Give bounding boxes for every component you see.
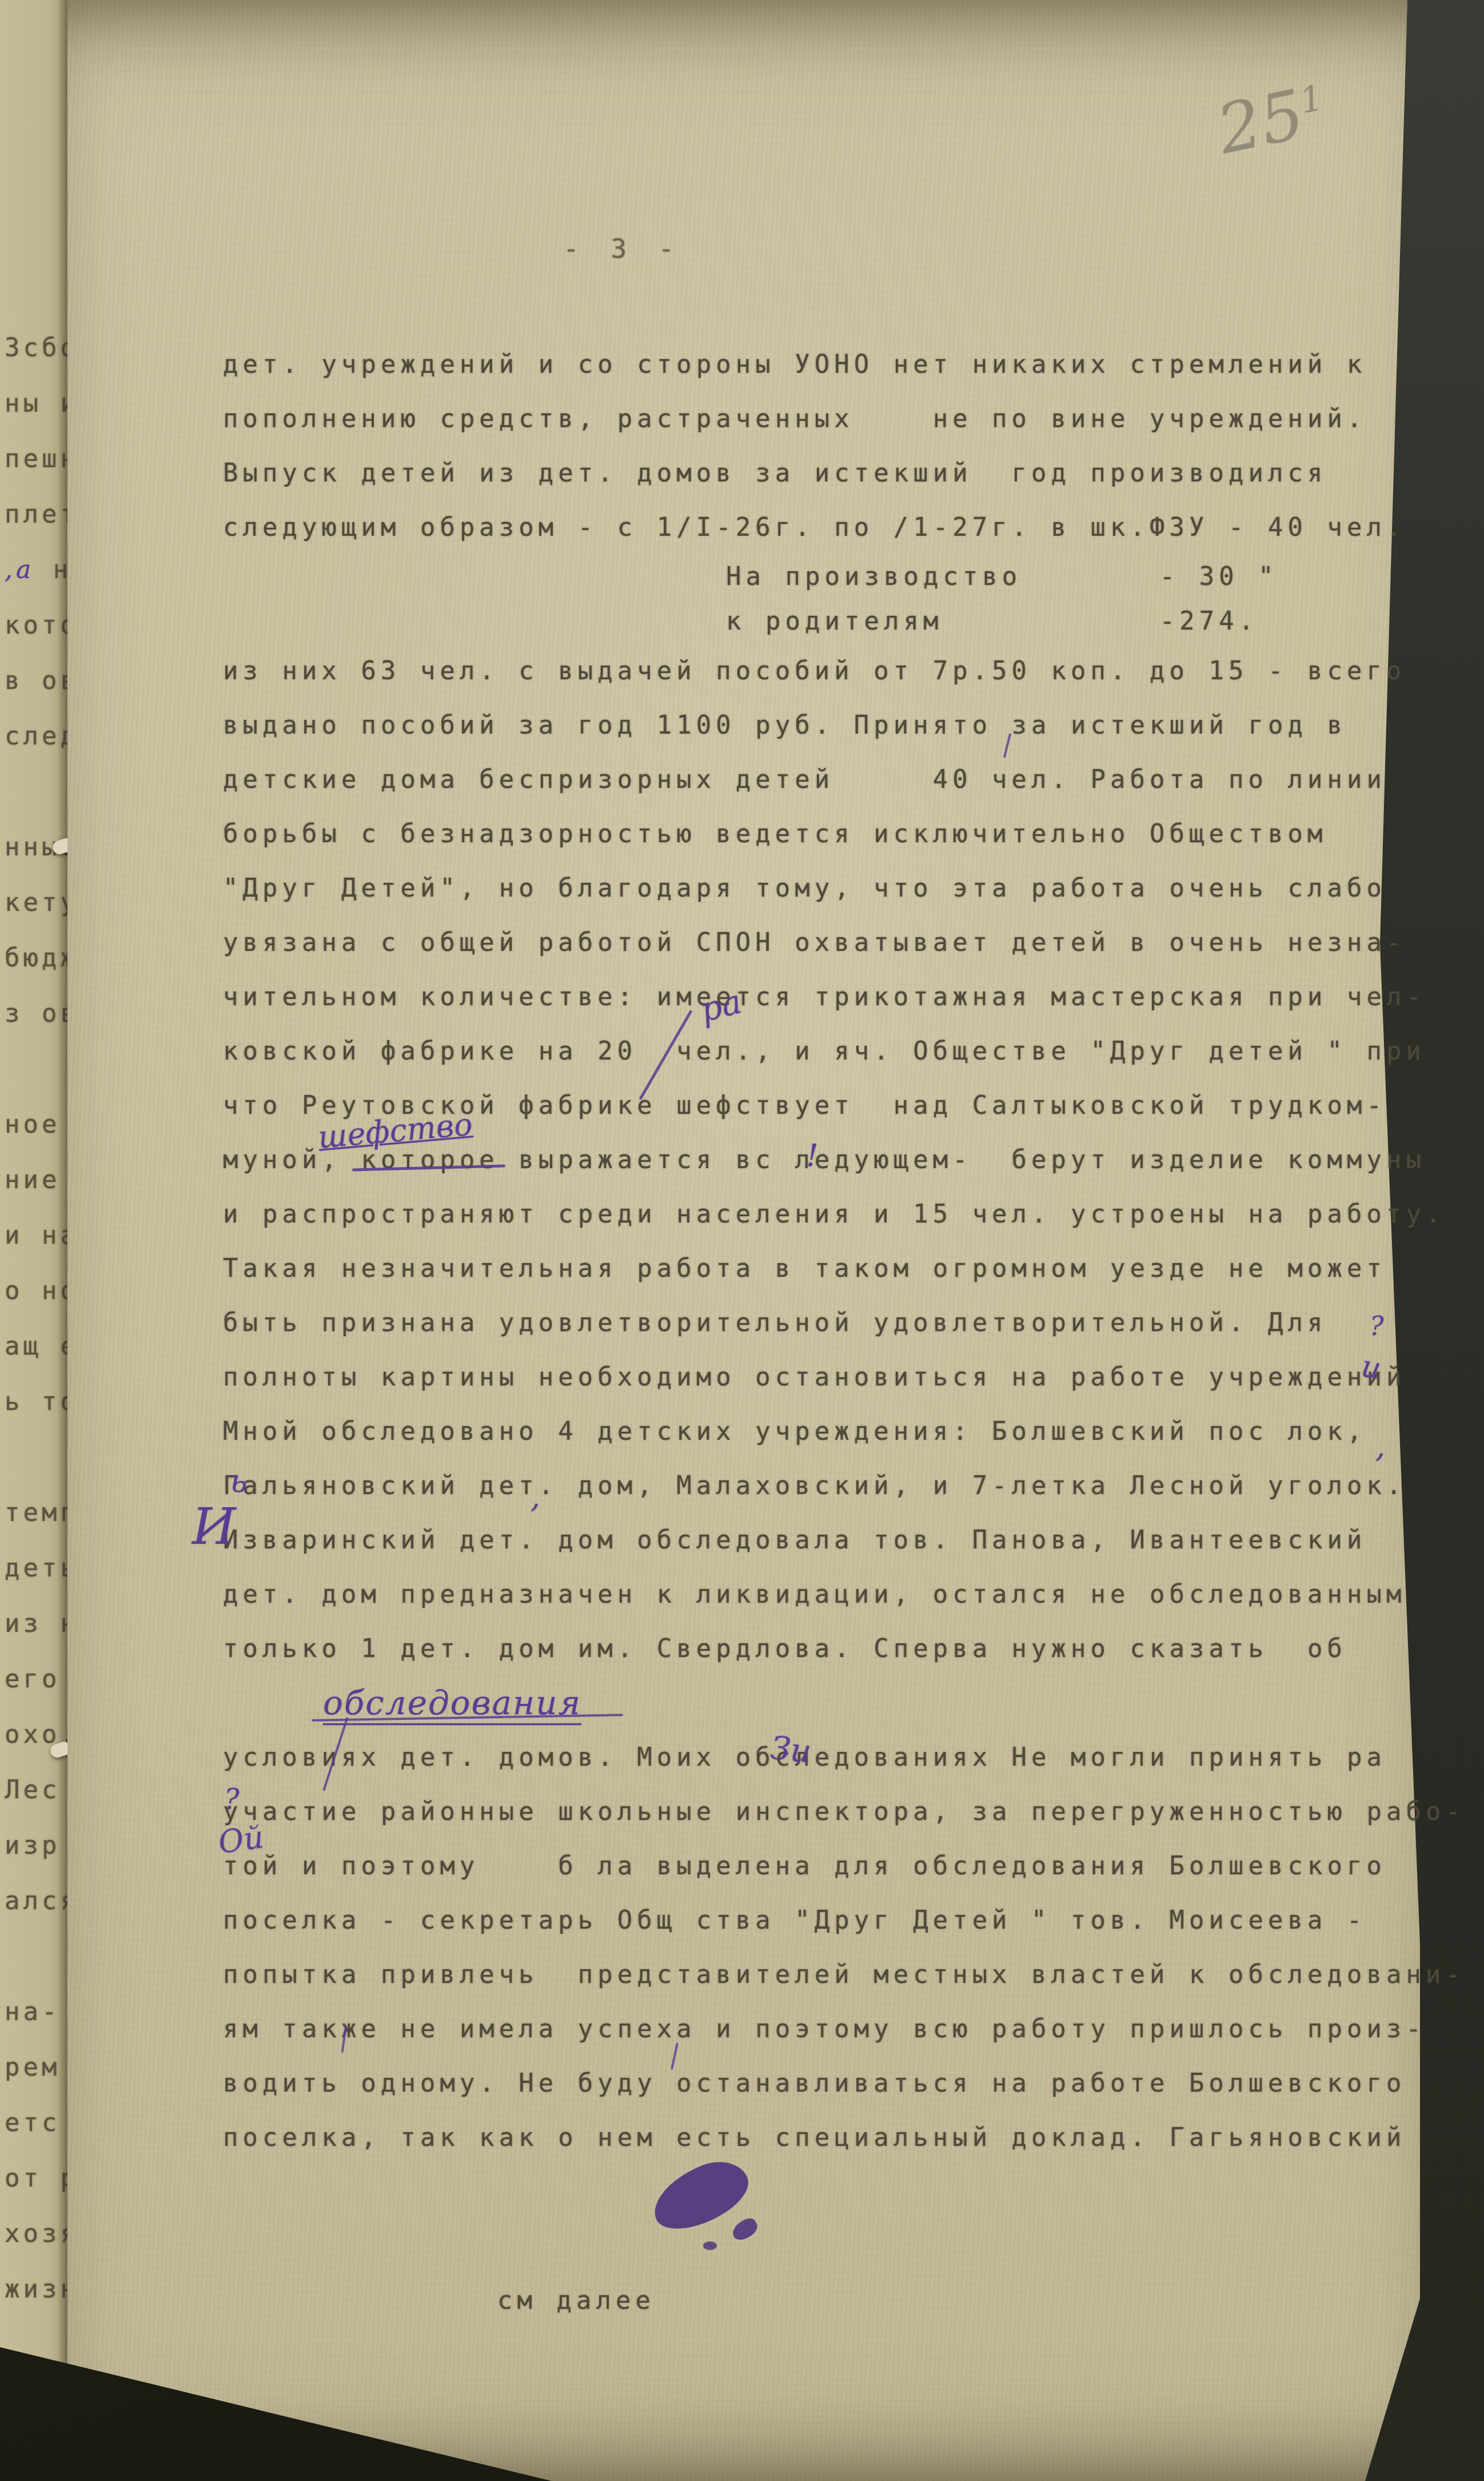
typed-line: борьбы с безнадзорностью ведется исключи… — [223, 807, 1435, 861]
typed-line: полноты картины необходимо остановиться … — [223, 1350, 1435, 1404]
typed-line: "Друг Детей", но благодаря тому, что эта… — [223, 861, 1435, 915]
typed-line: На производство - 30 " — [223, 555, 1435, 599]
footer-note: см далее — [223, 2273, 1435, 2328]
pen-annotation-q20: ? — [1370, 1311, 1384, 1341]
typed-line: поселка, так как о нем есть специальный … — [223, 2110, 1435, 2165]
typed-line: попытка привлечь представителей местных … — [223, 1948, 1435, 2002]
fragment-text: ние — [5, 1165, 60, 1194]
typed-line: ковской фабрике на 20 чел., и яч. Общест… — [223, 1024, 1435, 1078]
pen-annotation-excl: ! — [806, 1138, 819, 1174]
typed-line: условиях дет. домов. Моих обследованиях … — [223, 1730, 1435, 1785]
typed-line: следующим образом - с 1/I-26г. по /1-27г… — [223, 500, 1435, 555]
pen-annotation-q29: ? — [224, 1783, 240, 1816]
typed-line — [223, 2219, 1435, 2273]
fragment-text: изр — [5, 1831, 60, 1860]
fragment-text: етс — [5, 2108, 60, 2137]
typed-line: быть признана удовлетворительной удовлет… — [223, 1296, 1435, 1350]
page-header-number: - 3 - — [563, 233, 682, 264]
ink-blot-drop — [703, 2241, 717, 2250]
pen-annotation-comma22: , — [530, 1479, 540, 1515]
typed-line: Гальяновский дет. дом, Малаховский, и 7-… — [223, 1459, 1435, 1513]
typed-line: Такая незначительная работа в таком огро… — [223, 1241, 1435, 1296]
pen-annotation-cap-i: И — [192, 1497, 236, 1556]
typed-line: и распространяют среди населения и 15 че… — [223, 1187, 1435, 1241]
typed-line — [223, 2165, 1435, 2219]
typed-line: ям также не имела успеха и поэтому всю р… — [223, 2002, 1435, 2056]
typed-line: чительном количестве: имеется трикотажна… — [223, 970, 1435, 1024]
typed-line: Выпуск детей из дет. домов за истекший г… — [223, 446, 1435, 500]
typed-line: выдано пособий за год 1100 руб. Принято … — [223, 698, 1435, 752]
typed-line: к родителям -274. — [223, 599, 1435, 644]
pen-annotation-soft: ь — [230, 1463, 248, 1500]
pen-annotation-scribble: Зи — [769, 1729, 813, 1770]
scanned-document-photo: Зсборны ипешноплетс,а некотов оваследнны… — [0, 0, 1484, 2481]
typed-line: водить одному. Не буду останавливаться н… — [223, 2056, 1435, 2110]
typed-line: детские дома беспризорных детей 40 чел. … — [223, 752, 1435, 807]
fragment-text: рем — [5, 2053, 60, 2082]
typed-line: участие районные школьные инспектора, за… — [223, 1785, 1435, 1839]
typed-line: из них 63 чел. с выдачей пособий от 7р.5… — [223, 644, 1435, 698]
typed-line: Изваринский дет. дом обследовала тов. Па… — [223, 1513, 1435, 1567]
pen-annotation-comma21: , — [1375, 1428, 1385, 1464]
typed-line: поселка - секретарь Общ ства "Друг Детей… — [223, 1893, 1435, 1948]
fragment-text: Лес — [5, 1775, 60, 1805]
typed-line: пополнению средств, растраченных не по в… — [223, 392, 1435, 446]
fragment-text: его — [5, 1664, 60, 1694]
typed-line: дет. дом предназначен к ликвидации, оста… — [223, 1567, 1435, 1622]
typed-line: той и поэтому б ла выделена для обследов… — [223, 1839, 1435, 1893]
typed-line: увязана с общей работой СПОН охватывает … — [223, 915, 1435, 970]
handwritten-insertion-line: обследования — [223, 1676, 1435, 1730]
typed-text-block: дет. учреждений и со стороны УОНО нет ни… — [223, 337, 1435, 2328]
typed-line: только 1 дет. дом им. Свердлова. Сперва … — [223, 1622, 1435, 1676]
typed-line: Мной обследовано 4 детских учреждения: Б… — [223, 1404, 1435, 1459]
pen-mark: ,а — [5, 555, 34, 584]
typed-line: дет. учреждений и со стороны УОНО нет ни… — [223, 337, 1435, 392]
fragment-text: на- — [5, 1997, 60, 2026]
pen-annotation-oy: Ой — [216, 1819, 266, 1861]
